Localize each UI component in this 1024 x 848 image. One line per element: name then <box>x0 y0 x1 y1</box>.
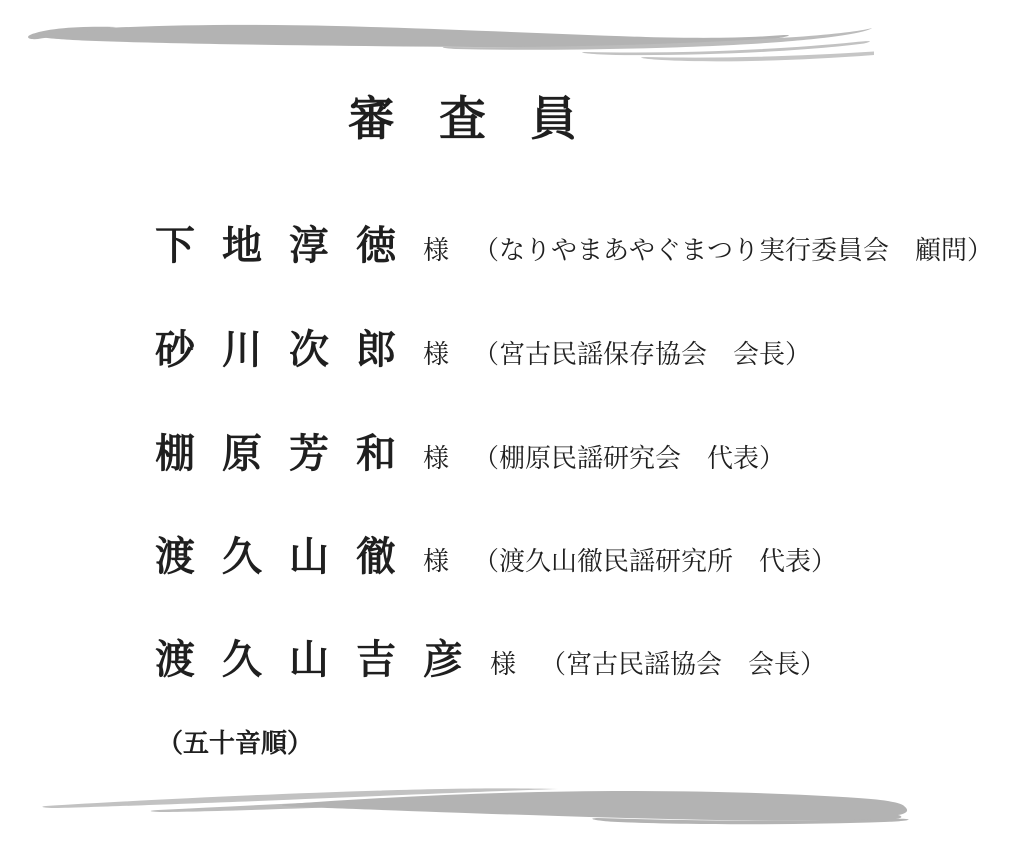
judge-affiliation: （宮古民謡保存協会 会長） <box>473 340 811 370</box>
judge-name: 渡久山吉彦 <box>155 636 490 683</box>
judge-name: 渡久山徹 <box>155 533 423 580</box>
judges-page: 審査員 下地淳徳様（なりやまあやぐまつり実行委員会 顧問） 砂川次郎様（宮古民謡… <box>0 0 1024 848</box>
judge-name: 下地淳徳 <box>155 222 423 269</box>
honorific-sama: 様 <box>423 444 449 474</box>
judge-name: 棚原芳和 <box>155 430 423 477</box>
judge-row: 下地淳徳様（なりやまあやぐまつり実行委員会 顧問） <box>155 226 993 266</box>
brush-stroke-bottom-divider <box>38 782 918 826</box>
honorific-sama: 様 <box>423 236 449 266</box>
judge-row: 棚原芳和様（棚原民謡研究会 代表） <box>155 434 785 474</box>
judge-affiliation: （渡久山徹民謡研究所 代表） <box>473 547 837 577</box>
honorific-sama: 様 <box>490 650 516 680</box>
judge-row: 渡久山吉彦様（宮古民謡協会 会長） <box>155 640 826 680</box>
gojuon-order-note: （五十音順） <box>157 731 313 757</box>
brush-stroke-top-divider <box>26 20 874 64</box>
honorific-sama: 様 <box>423 547 449 577</box>
judge-affiliation: （なりやまあやぐまつり実行委員会 顧問） <box>473 236 993 266</box>
judge-row: 渡久山徹様（渡久山徹民謡研究所 代表） <box>155 537 837 577</box>
judge-row: 砂川次郎様（宮古民謡保存協会 会長） <box>155 330 811 370</box>
page-title: 審査員 <box>348 96 621 143</box>
honorific-sama: 様 <box>423 340 449 370</box>
judge-affiliation: （宮古民謡協会 会長） <box>540 650 826 680</box>
judge-name: 砂川次郎 <box>155 326 423 373</box>
judge-affiliation: （棚原民謡研究会 代表） <box>473 444 785 474</box>
